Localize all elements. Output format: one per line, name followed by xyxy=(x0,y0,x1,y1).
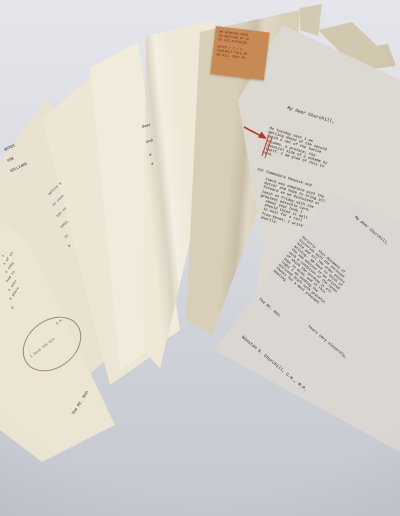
red-margin-ticks-icon xyxy=(258,132,278,162)
photo-of-churchill-letters: MR WINSTON CHURIN WRITING AT LEOF HIS AU… xyxy=(0,0,400,516)
oval-initials: E.M. xyxy=(56,318,65,326)
orange-dealer-label: MR WINSTON CHURIN WRITING AT LEOF HIS AU… xyxy=(210,26,269,80)
dealer-label-text: MR WINSTON CHURIN WRITING AT LEOF HIS AU… xyxy=(216,29,267,62)
oval-note-text: I have the box xyxy=(30,338,56,360)
